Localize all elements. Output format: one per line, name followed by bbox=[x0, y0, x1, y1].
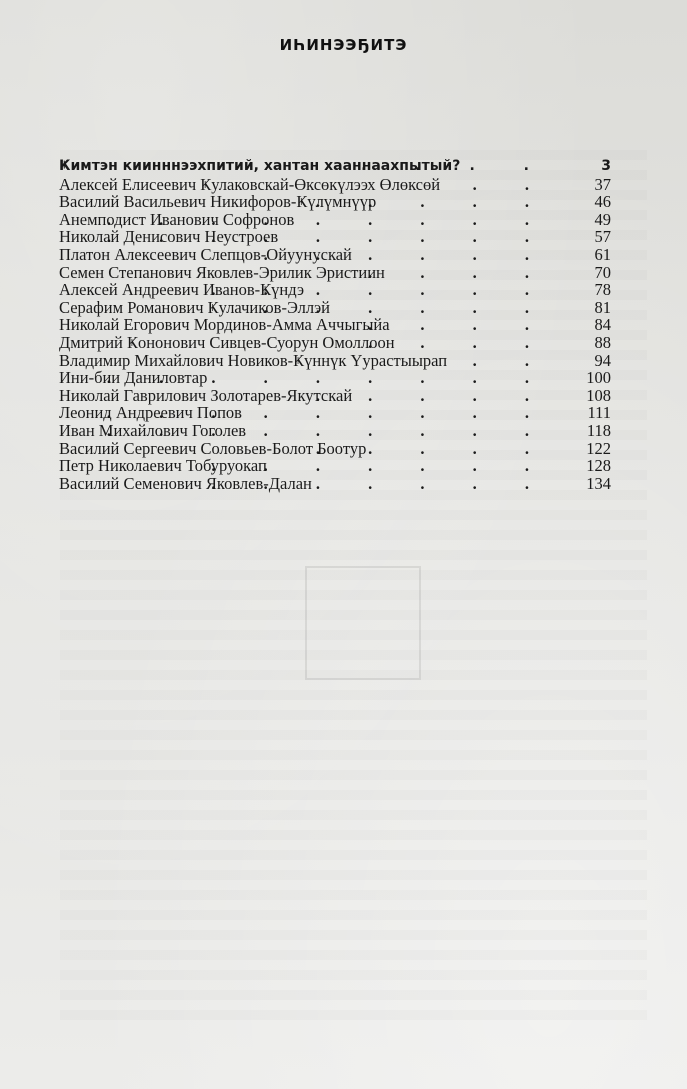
page-number: 94 bbox=[595, 352, 612, 370]
leader-dots: . . . . . . . . . bbox=[107, 422, 551, 440]
page-number: 49 bbox=[595, 211, 612, 229]
page-number: 61 bbox=[595, 246, 612, 264]
page-number: 78 bbox=[595, 281, 612, 299]
page-title: ИҺИНЭЭҔИТЭ bbox=[0, 36, 687, 54]
table-of-contents: Ҝимтэн киинннээхпитий, хантан хааннаахпы… bbox=[59, 158, 611, 492]
bleed-through-emblem bbox=[305, 566, 421, 680]
page-number: 128 bbox=[586, 457, 611, 475]
leader-dots: . . . . . bbox=[316, 440, 551, 458]
toc-row: Василий Васильевич Никифоров-Ҝүлүмнүүр .… bbox=[59, 193, 611, 211]
toc-row: Николай Денисович Неустроев . . . . . . … bbox=[59, 228, 611, 246]
toc-entry: Семен Степанович Яковлев-Эрилик Эристиин bbox=[59, 264, 385, 282]
leader-dots: . . . . . . . . . bbox=[107, 211, 551, 229]
leader-dots: . . . . . bbox=[316, 193, 551, 211]
leader-dots: . . bbox=[473, 176, 551, 194]
leader-dots: . . . . bbox=[368, 334, 551, 352]
toc-row: Серафим Романович Ҝулачиков-Эллэй . . . … bbox=[59, 299, 611, 317]
page-number: 3 bbox=[601, 158, 611, 176]
leader-dots: . . . . . . . bbox=[211, 475, 551, 493]
page-number: 134 bbox=[586, 475, 611, 493]
page-number: 108 bbox=[586, 387, 611, 405]
toc-row: Семен Степанович Яковлев-Эрилик Эристиин… bbox=[59, 264, 611, 282]
page-number: 81 bbox=[595, 299, 612, 317]
toc-row: Петр Николаевич Тобуруокап . . . . . . .… bbox=[59, 457, 611, 475]
page-number: 84 bbox=[595, 316, 612, 334]
toc-row: Платон Алексеевич Слепцов-Ойуунускай . .… bbox=[59, 246, 611, 264]
toc-row: Василий Семенович Яковлев-Далан . . . . … bbox=[59, 475, 611, 493]
page-number: 37 bbox=[595, 176, 612, 194]
page-number: 88 bbox=[595, 334, 612, 352]
page-number: 57 bbox=[595, 228, 612, 246]
page-number: 111 bbox=[587, 404, 611, 422]
page-number: 122 bbox=[586, 440, 611, 458]
leader-dots: . . bbox=[473, 352, 551, 370]
toc-row: Владимир Михайлович Новиков-Ҝүннүк Үурас… bbox=[59, 352, 611, 370]
leader-dots: . . . . . . . . . bbox=[107, 228, 551, 246]
toc-row: Ини-бии Даниловтар . . . . . . . . . 100 bbox=[59, 369, 611, 387]
toc-entry: Николай Гаврилович Золотарев-Якутскай bbox=[59, 387, 352, 405]
toc-row: Алексей Елисеевич Ҝулаковскай-Өксөкүлээх… bbox=[59, 176, 611, 194]
leader-dots: . . . . bbox=[361, 158, 551, 176]
toc-row: Николай Гаврилович Золотарев-Якутскай . … bbox=[59, 387, 611, 405]
page-number: 46 bbox=[595, 193, 612, 211]
leader-dots: . . . . bbox=[368, 316, 551, 334]
toc-entry: Алексей Елисеевич Ҝулаковскай-Өксөкүлээх… bbox=[59, 176, 440, 194]
toc-row: Иван Михайлович Гоголев . . . . . . . . … bbox=[59, 422, 611, 440]
leader-dots: . . . . . . . . . bbox=[107, 369, 551, 387]
toc-row: Ҝимтэн киинннээхпитий, хантан хааннаахпы… bbox=[59, 158, 611, 176]
toc-entry: Владимир Михайлович Новиков-Ҝүннүк Үурас… bbox=[59, 352, 447, 370]
leader-dots: . . . . . . . . . bbox=[107, 404, 551, 422]
toc-row: Леонид Андреевич Попов . . . . . . . . .… bbox=[59, 404, 611, 422]
leader-dots: . . . . . . . bbox=[211, 281, 551, 299]
toc-entry: Николай Егорович Мординов-Амма Аччыгыйа bbox=[59, 316, 390, 334]
toc-entry: Дмитрий Ҝононович Сивцев-Суорун Омоллоон bbox=[59, 334, 395, 352]
leader-dots: . . . . . . . bbox=[211, 457, 551, 475]
page-number: 118 bbox=[587, 422, 611, 440]
toc-row: Дмитрий Ҝононович Сивцев-Суорун Омоллоон… bbox=[59, 334, 611, 352]
page-number: 70 bbox=[595, 264, 612, 282]
leader-dots: . . . . bbox=[368, 264, 551, 282]
toc-row: Василий Сергеевич Соловьев-Болот Боотур … bbox=[59, 440, 611, 458]
leader-dots: . . . . . . bbox=[264, 299, 551, 317]
toc-row: Николай Егорович Мординов-Амма Аччыгыйа … bbox=[59, 316, 611, 334]
toc-row: Алексей Андреевич Иванов-Ҝүндэ . . . . .… bbox=[59, 281, 611, 299]
page-number: 100 bbox=[586, 369, 611, 387]
leader-dots: . . . . . bbox=[316, 387, 551, 405]
toc-row: Анемподист Иванович Софронов . . . . . .… bbox=[59, 211, 611, 229]
leader-dots: . . . . . . bbox=[264, 246, 551, 264]
